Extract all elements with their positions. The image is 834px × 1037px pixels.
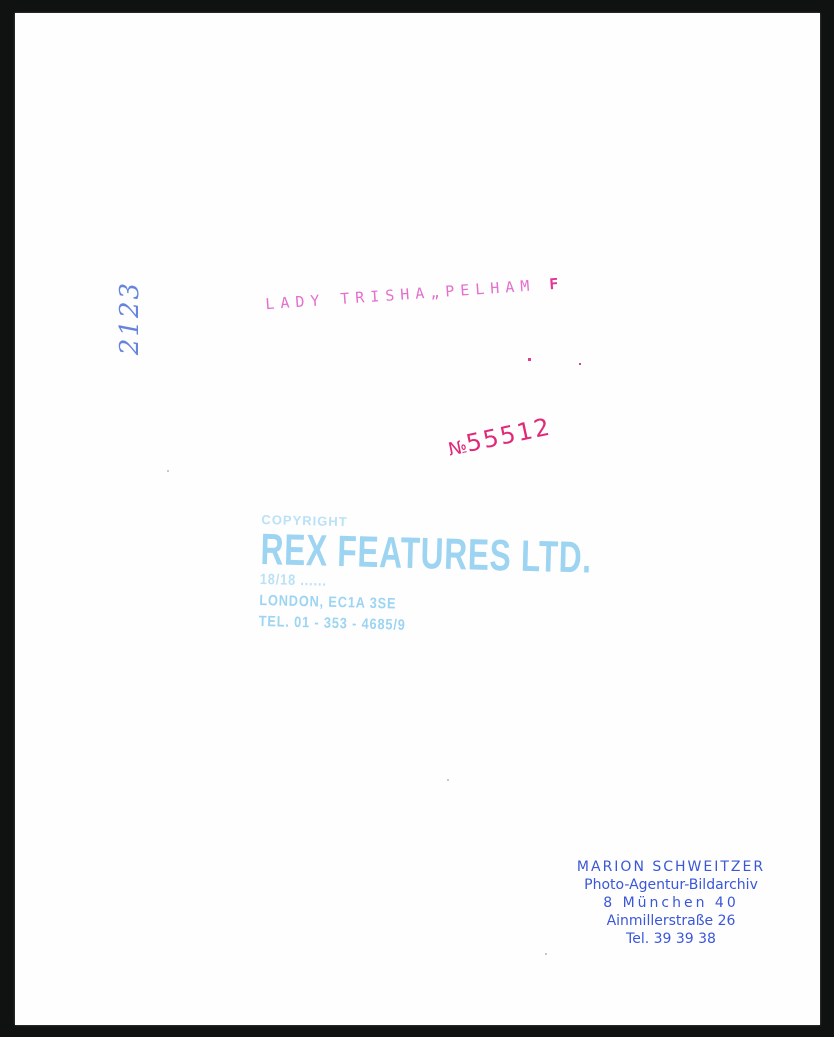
agency-phone: Tel. 39 39 38 xyxy=(553,930,789,948)
ink-speck xyxy=(528,358,531,361)
agency-name: MARION SCHWEITZER xyxy=(553,858,789,876)
agency-street: Ainmillerstraße 26 xyxy=(553,912,789,930)
serial-number: 55512 xyxy=(464,412,554,457)
copyright-stamp: COPYRIGHT REX FEATURES LTD. 18/18 ......… xyxy=(259,512,722,642)
name-stamp-mark: F xyxy=(549,275,559,294)
photo-card-back: 2123 LADY TRISHA„PELHAMF №55512 COPYRIGH… xyxy=(15,13,820,1025)
ink-speck xyxy=(579,363,581,365)
agency-city: 8 München 40 xyxy=(553,894,789,912)
paper-speck xyxy=(545,953,547,955)
serial-number-stamp: №55512 xyxy=(445,412,554,461)
paper-speck xyxy=(167,470,169,472)
agency-subtitle: Photo-Agentur-Bildarchiv xyxy=(553,876,789,894)
name-stamp: LADY TRISHA„PELHAMF xyxy=(265,275,559,313)
agency-stamp: MARION SCHWEITZER Photo-Agentur-Bildarch… xyxy=(553,858,789,948)
paper-speck xyxy=(447,779,449,781)
name-stamp-text: LADY TRISHA„PELHAM xyxy=(265,276,536,313)
serial-prefix: № xyxy=(446,437,467,461)
handwritten-archive-number: 2123 xyxy=(115,281,145,355)
